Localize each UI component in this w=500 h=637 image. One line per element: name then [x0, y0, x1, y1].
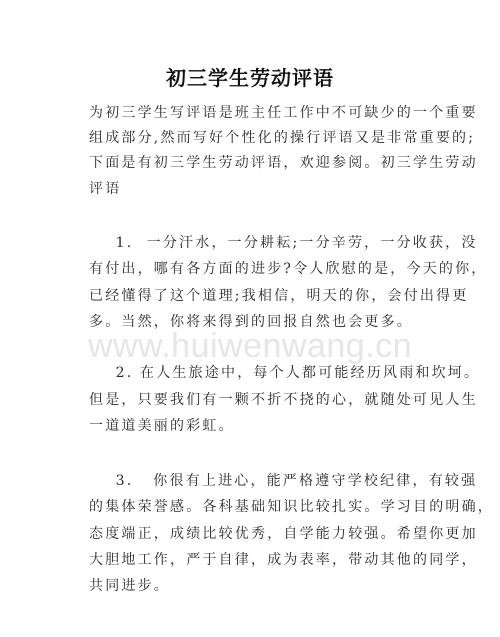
intro-line: 组成部分,然而写好个性化的操行评语又是非常重要的; [89, 129, 413, 147]
document-page: 初三学生劳动评语 为初三学生写评语是班主任工作中不可缺少的一个重要 组成部分,然… [0, 0, 500, 637]
intro-line: 评语 [89, 180, 413, 198]
paragraph-line: 态度端正，成绩比较优秀，自学能力较强。希望你更加 [89, 525, 413, 543]
paragraph-line: 但是，只要我们有一颗不折不挠的心，就随处可见人生 [89, 391, 413, 409]
paragraph-line: 2. 在人生旅途中，每个人都可能经历风雨和坎坷。 [89, 364, 413, 382]
intro-line: 下面是有初三学生劳动评语，欢迎参阅。初三学生劳动 [89, 154, 413, 172]
paragraph-line: 有付出，哪有各方面的进步?令人欣慰的是，今天的你， [89, 260, 413, 278]
document-title: 初三学生劳动评语 [0, 64, 500, 92]
paragraph-line: 共同进步。 [89, 577, 413, 595]
intro-line: 为初三学生写评语是班主任工作中不可缺少的一个重要 [89, 104, 413, 122]
paragraph-line: 一道道美丽的彩虹。 [89, 417, 413, 435]
watermark-text: www.huiwenwang.cn [0, 326, 500, 366]
paragraph-line: 1. 一分汗水，一分耕耘;一分辛劳，一分收获，没 [89, 234, 413, 252]
paragraph-line: 的集体荣誉感。各科基础知识比较扎实。学习目的明确， [89, 498, 413, 516]
paragraph-line: 3. 你很有上进心，能严格遵守学校纪律，有较强 [89, 472, 413, 490]
paragraph-line: 已经懂得了这个道理;我相信，明天的你，会付出得更 [89, 287, 413, 305]
paragraph-line: 大胆地工作，严于自律，成为表率，带动其他的同学， [89, 551, 413, 569]
